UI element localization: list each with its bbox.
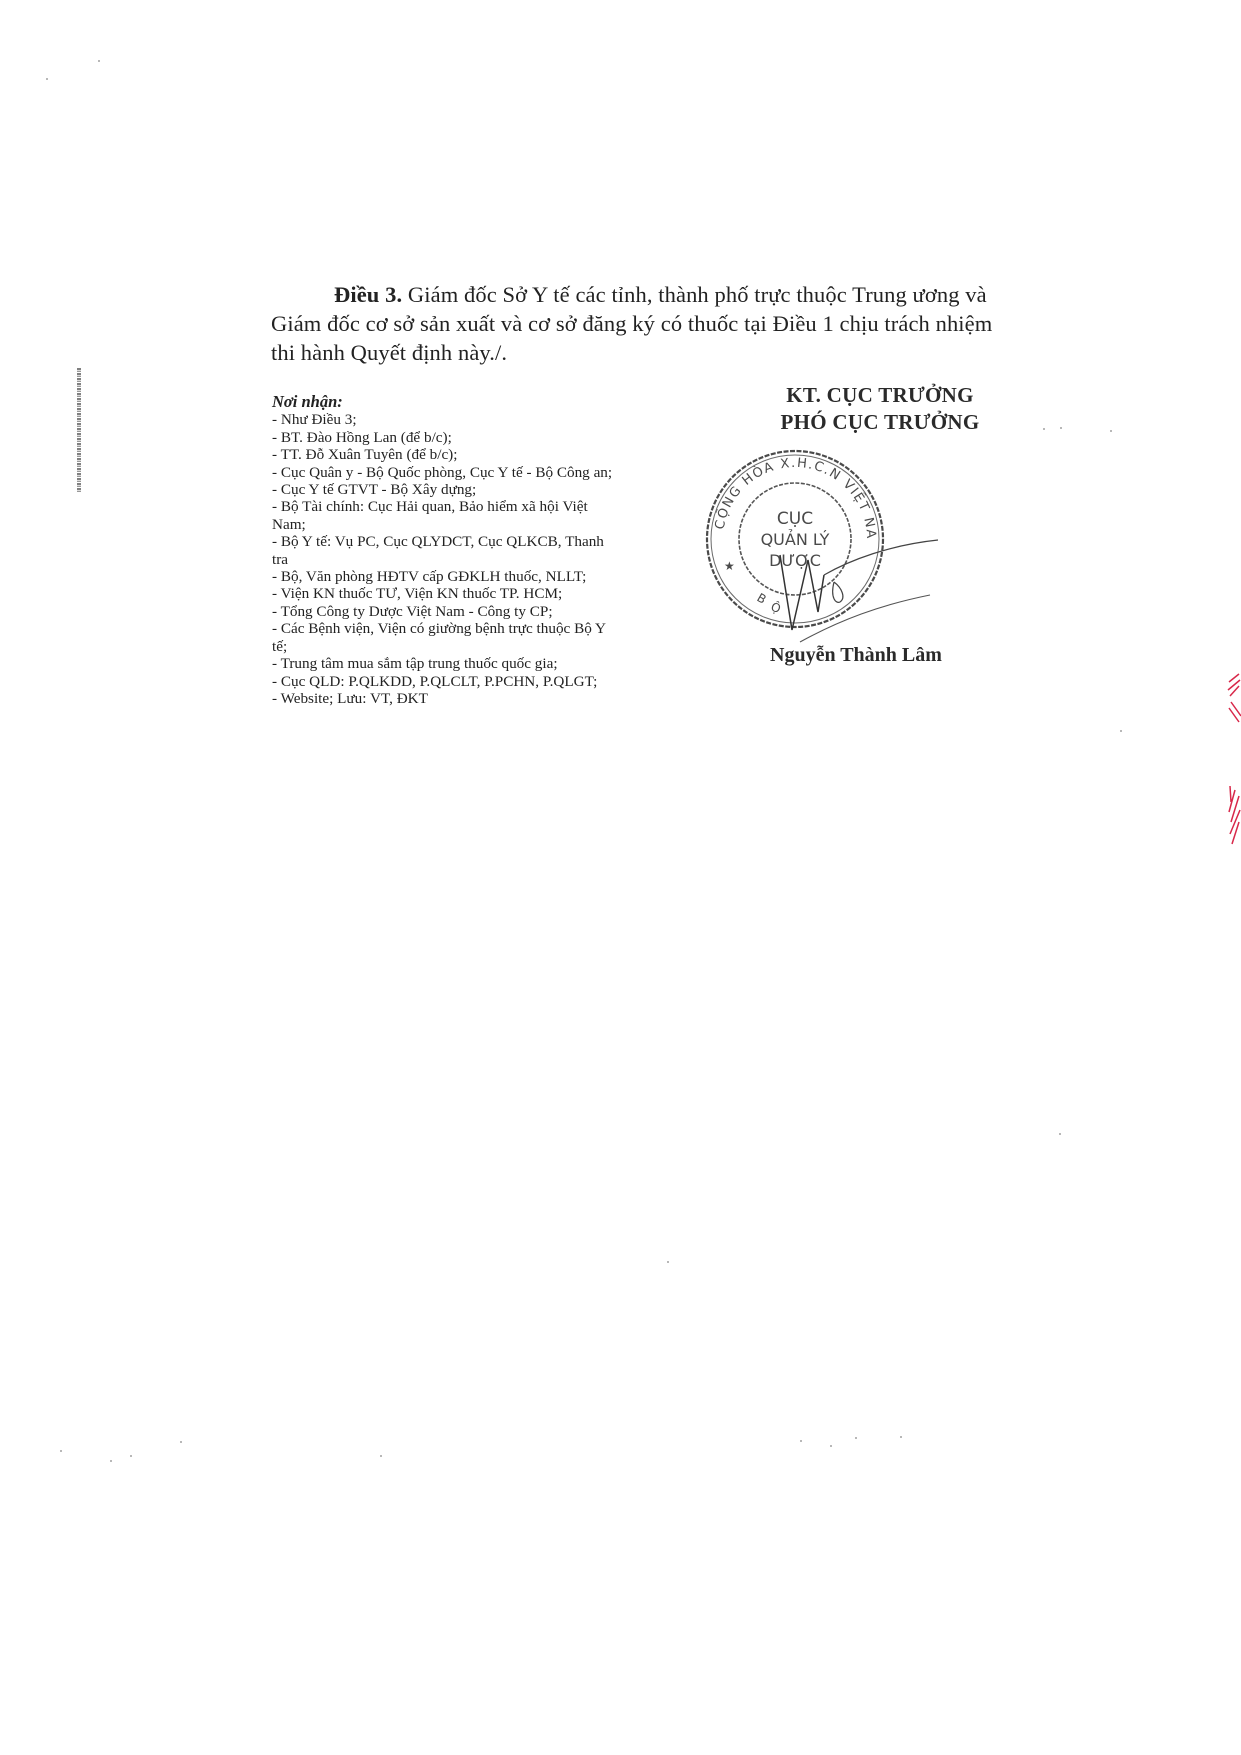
scan-noise [1110,430,1112,432]
recipient-item: - Website; Lưu: VT, ĐKT [272,690,702,707]
scan-noise [180,1441,182,1443]
scan-noise [667,1261,669,1263]
recipient-item: - Trung tâm mua sắm tập trung thuốc quốc… [272,655,702,672]
article-line-3: thi hành Quyết định này./. [271,338,1071,367]
scanner-edge-mark [77,368,81,492]
scan-noise [46,78,48,80]
document-page: Điều 3. Giám đốc Sở Y tế các tỉnh, thành… [0,0,1241,1755]
recipient-item: - Bộ Y tế: Vụ PC, Cục QLYDCT, Cục QLKCB,… [272,533,702,550]
red-seal-edge-mark-icon [1227,672,1241,732]
recipient-item: - Viện KN thuốc TƯ, Viện KN thuốc TP. HC… [272,585,702,602]
signature-block: KT. CỤC TRƯỞNG PHÓ CỤC TRƯỞNG [740,382,1020,436]
scan-noise [380,1455,382,1457]
recipient-item: - Tổng Công ty Dược Việt Nam - Công ty C… [272,603,702,620]
scan-noise [110,1460,112,1462]
recipient-item: tra [272,551,702,568]
signature-role-1: KT. CỤC TRƯỞNG [740,382,1020,409]
recipient-item: - Bộ, Văn phòng HĐTV cấp GĐKLH thuốc, NL… [272,568,702,585]
recipient-item: - Như Điều 3; [272,411,702,428]
recipient-item: Nam; [272,516,702,533]
article-line-2: Giám đốc cơ sở sản xuất và cơ sở đăng ký… [271,309,1071,338]
recipient-item: - Các Bệnh viện, Viện có giường bệnh trự… [272,620,702,637]
recipient-item: - TT. Đỗ Xuân Tuyên (để b/c); [272,446,702,463]
scan-noise [830,1445,832,1447]
svg-text:★: ★ [724,559,735,573]
recipient-item: - Bộ Tài chính: Cục Hải quan, Bảo hiểm x… [272,498,702,515]
recipients-title: Nơi nhận: [272,393,702,410]
recipient-item: tế; [272,638,702,655]
article-text-1: Giám đốc Sở Y tế các tỉnh, thành phố trự… [402,282,987,307]
handwritten-signature-icon [760,520,940,650]
recipient-item: - Cục Y tế GTVT - Bộ Xây dựng; [272,481,702,498]
recipient-item: - BT. Đào Hồng Lan (để b/c); [272,429,702,446]
scan-noise [98,60,100,62]
scan-noise [1059,1133,1061,1135]
scan-noise [855,1437,857,1439]
article-3-paragraph: Điều 3. Giám đốc Sở Y tế các tỉnh, thành… [271,280,1071,367]
scan-noise [130,1455,132,1457]
signature-role-2: PHÓ CỤC TRƯỞNG [740,409,1020,436]
scan-noise [1043,428,1045,430]
red-seal-edge-mark-icon [1227,782,1241,852]
article-heading: Điều 3. [334,282,402,307]
scan-noise [800,1440,802,1442]
recipients-block: Nơi nhận: - Như Điều 3; - BT. Đào Hồng L… [272,393,702,707]
scan-noise [1060,427,1062,429]
recipient-item: - Cục Quân y - Bộ Quốc phòng, Cục Y tế -… [272,464,702,481]
recipient-item: - Cục QLD: P.QLKDD, P.QLCLT, P.PCHN, P.Q… [272,673,702,690]
scan-noise [900,1436,902,1438]
article-line-1: Điều 3. Giám đốc Sở Y tế các tỉnh, thành… [271,280,1071,309]
scan-noise [60,1450,62,1452]
signer-name: Nguyễn Thành Lâm [770,644,942,667]
scan-noise [1120,730,1122,732]
